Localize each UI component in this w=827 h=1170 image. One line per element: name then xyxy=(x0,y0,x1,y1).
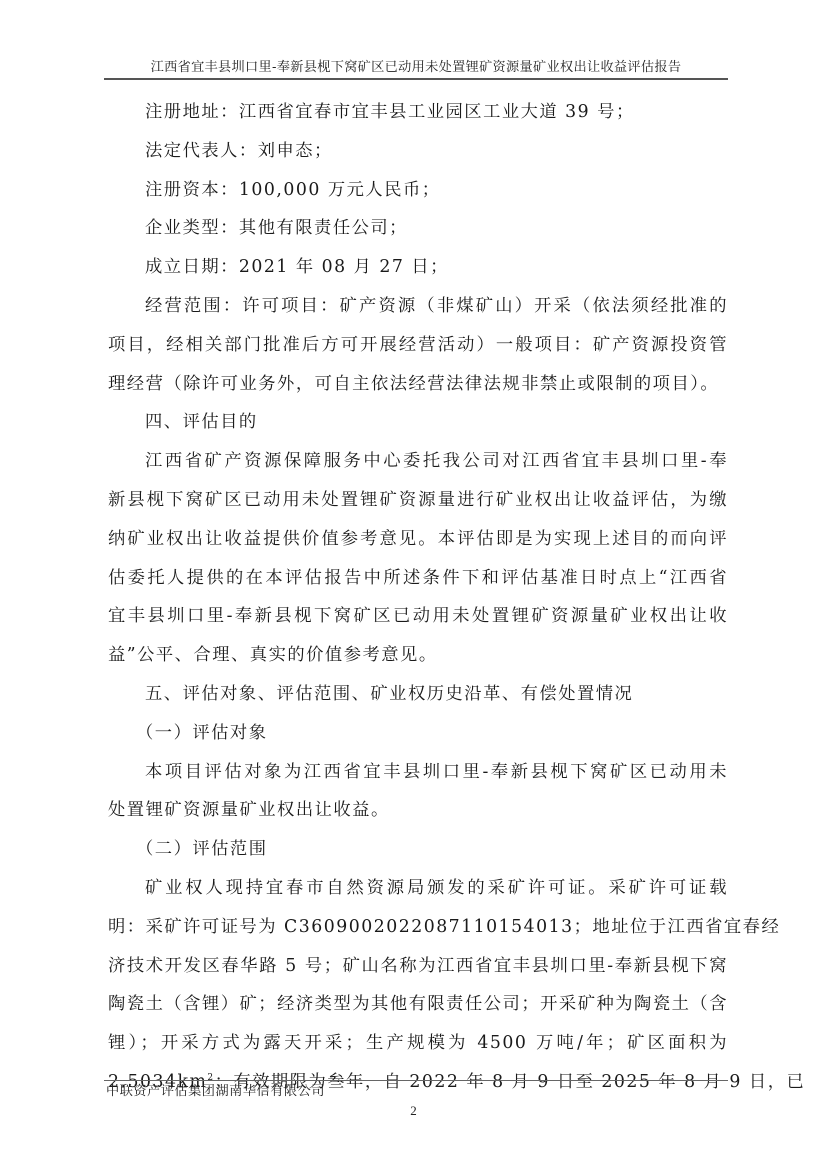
text-line: 估委托人提供的在本评估报告中所述条件下和评估基准日时点上“江西省 xyxy=(108,559,728,598)
text-line: 新县枧下窝矿区已动用未处置锂矿资源量进行矿业权出让收益评估，为缴 xyxy=(108,481,728,520)
text-line: 益”公平、合理、真实的价值参考意见。 xyxy=(108,636,728,675)
object-paragraph: 本项目评估对象为江西省宜丰县圳口里-奉新县枧下窝矿区已动用未 处置锂矿资源量矿业… xyxy=(108,753,728,831)
registered-address: 注册地址：江西省宜春市宜丰县工业园区工业大道 39 号； xyxy=(108,93,728,132)
text-line: 明：采矿许可证号为 C3609002022087110154013；地址位于江西… xyxy=(108,908,728,947)
header-divider xyxy=(104,78,728,80)
document-body: 注册地址：江西省宜春市宜丰县工业园区工业大道 39 号； 法定代表人：刘申态； … xyxy=(108,93,728,1102)
scope-paragraph: 矿业权人现持宜春市自然资源局颁发的采矿许可证。采矿许可证载 明：采矿许可证号为 … xyxy=(108,869,728,1102)
established-date: 成立日期：2021 年 08 月 27 日； xyxy=(108,248,728,287)
text-line: 锂）；开采方式为露天开采；生产规模为 4500 万吨/年；矿区面积为 xyxy=(108,1024,728,1063)
text-line: 经营范围：许可项目：矿产资源（非煤矿山）开采（依法须经批准的 xyxy=(108,287,728,326)
business-scope-paragraph: 经营范围：许可项目：矿产资源（非煤矿山）开采（依法须经批准的 项目，经相关部门批… xyxy=(108,287,728,403)
text-line: 纳矿业权出让收益提供价值参考意见。本评估即是为实现上述目的而向评 xyxy=(108,520,728,559)
legal-representative: 法定代表人：刘申态； xyxy=(108,132,728,171)
footer-divider xyxy=(104,1080,728,1081)
section-heading-purpose: 四、评估目的 xyxy=(108,403,728,442)
text-line: 矿业权人现持宜春市自然资源局颁发的采矿许可证。采矿许可证载 xyxy=(108,869,728,908)
text-line: 陶瓷土（含锂）矿；经济类型为其他有限责任公司；开采矿种为陶瓷土（含 xyxy=(108,985,728,1024)
text-line: 理经营（除许可业务外，可自主依法经营法律法规非禁止或限制的项目）。 xyxy=(108,365,728,404)
purpose-paragraph: 江西省矿产资源保障服务中心委托我公司对江西省宜丰县圳口里-奉 新县枧下窝矿区已动… xyxy=(108,442,728,675)
enterprise-type: 企业类型：其他有限责任公司； xyxy=(108,209,728,248)
page-number: 2 xyxy=(0,1102,827,1120)
subsection-heading-object: （一）评估对象 xyxy=(108,714,728,753)
running-header: 江西省宜丰县圳口里-奉新县枧下窝矿区已动用未处置锂矿资源量矿业权出让收益评估报告 xyxy=(104,58,728,78)
text-line: 处置锂矿资源量矿业权出让收益。 xyxy=(108,791,728,830)
text-line: 济技术开发区春华路 5 号；矿山名称为江西省宜丰县圳口里-奉新县枧下窝 xyxy=(108,947,728,986)
text-line: 宜丰县圳口里-奉新县枧下窝矿区已动用未处置锂矿资源量矿业权出让收 xyxy=(108,597,728,636)
footer-company: 中联资产评估集团湖南华信有限公司 xyxy=(106,1083,325,1101)
text-line: 项目，经相关部门批准后方可开展经营活动）一般项目：矿产资源投资管 xyxy=(108,326,728,365)
registered-capital: 注册资本：100,000 万元人民币； xyxy=(108,171,728,210)
text-line: 本项目评估对象为江西省宜丰县圳口里-奉新县枧下窝矿区已动用未 xyxy=(108,753,728,792)
subsection-heading-scope: （二）评估范围 xyxy=(108,830,728,869)
text-line: 江西省矿产资源保障服务中心委托我公司对江西省宜丰县圳口里-奉 xyxy=(108,442,728,481)
superscript: 2 xyxy=(207,1073,214,1083)
section-heading-object-scope: 五、评估对象、评估范围、矿业权历史沿革、有偿处置情况 xyxy=(108,675,728,714)
